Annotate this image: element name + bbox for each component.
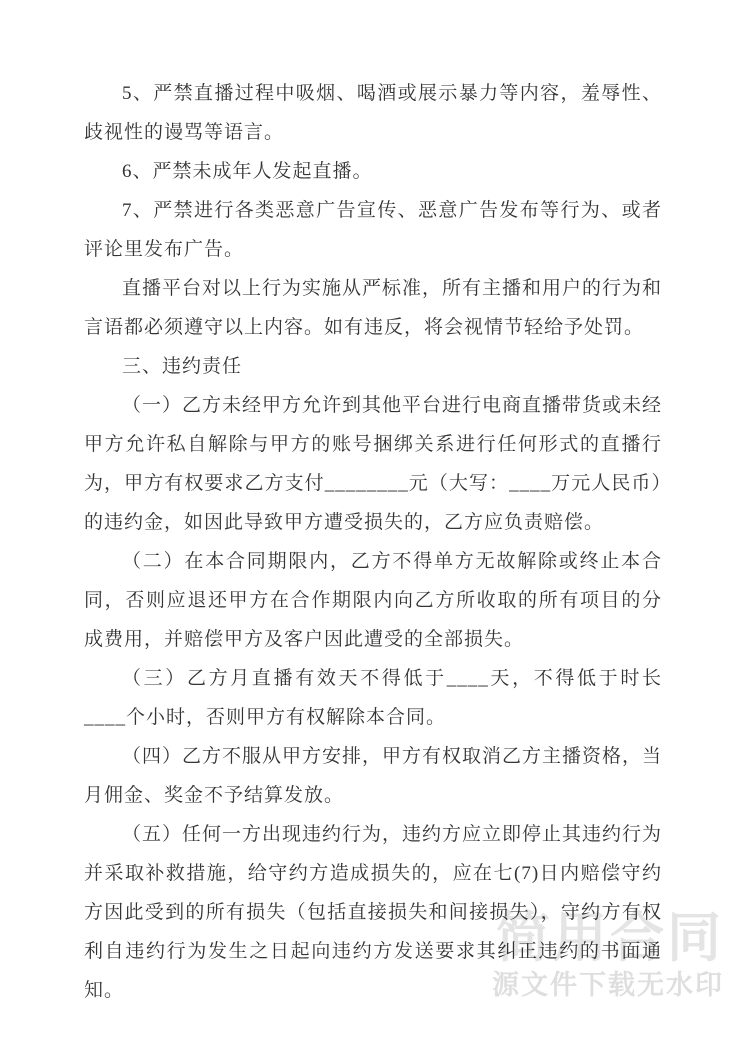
contract-body: 5、严禁直播过程中吸烟、喝酒或展示暴力等内容，羞辱性、歧视性的谩骂等语言。 6、… (84, 74, 662, 1010)
liability-clause-4: （四）乙方不服从甲方安排，甲方有权取消乙方主播资格，当月佣金、奖金不予结算发放。 (84, 737, 662, 815)
platform-enforcement-note: 直播平台对以上行为实施从严标准，所有主播和用户的行为和言语都必须遵守以上内容。如… (84, 269, 662, 347)
liability-clause-5: （五）任何一方出现违约行为，违约方应立即停止其违约行为并采取补救措施，给守约方造… (84, 815, 662, 1010)
section-heading-breach-liability: 三、违约责任 (84, 347, 662, 386)
contract-page: 简用合同 源文件下载无水印 5、严禁直播过程中吸烟、喝酒或展示暴力等内容，羞辱性… (0, 0, 742, 1050)
liability-clause-2: （二）在本合同期限内，乙方不得单方无故解除或终止本合同，否则应退还甲方在合作期限… (84, 542, 662, 659)
clause-rule-7: 7、严禁进行各类恶意广告宣传、恶意广告发布等行为、或者评论里发布广告。 (84, 191, 662, 269)
liability-clause-3: （三）乙方月直播有效天不得低于____天，不得低于时长____个小时，否则甲方有… (84, 659, 662, 737)
clause-rule-5: 5、严禁直播过程中吸烟、喝酒或展示暴力等内容，羞辱性、歧视性的谩骂等语言。 (84, 74, 662, 152)
clause-rule-6: 6、严禁未成年人发起直播。 (84, 152, 662, 191)
liability-clause-1: （一）乙方未经甲方允许到其他平台进行电商直播带货或未经甲方允许私自解除与甲方的账… (84, 386, 662, 542)
